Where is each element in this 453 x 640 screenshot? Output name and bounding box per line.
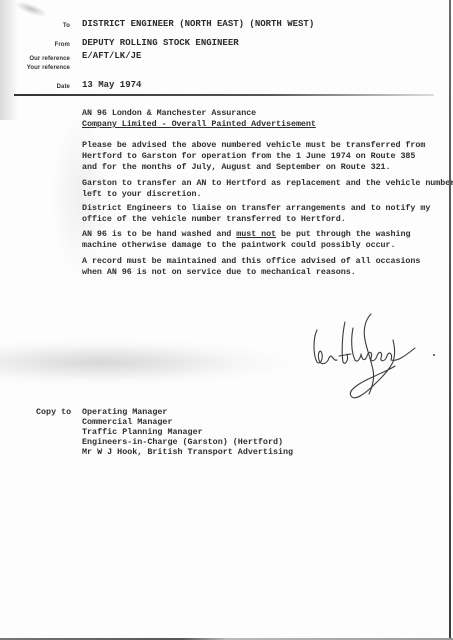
- emphasis-must-not: must not: [236, 229, 276, 239]
- paragraph-1-line-3: and for the months of July, August and S…: [82, 162, 391, 172]
- copy-recipient: Commercial Manager: [82, 417, 172, 427]
- to-label: To: [0, 23, 70, 29]
- header-divider: [14, 94, 434, 96]
- paragraph-4-text: AN 96 is to be hand washed and: [82, 229, 236, 239]
- paragraph-5-line-1: A record must be maintained and this off…: [82, 256, 420, 266]
- paragraph-2-line-2: left to your discretion.: [82, 189, 201, 199]
- our-reference-value: E/AFT/LK/JE: [82, 51, 141, 61]
- copy-recipient: Mr W J Hook, British Transport Advertisi…: [82, 447, 293, 457]
- paragraph-5-line-2: when AN 96 is not on service due to mech…: [82, 267, 356, 277]
- handwritten-signature-icon: [305, 310, 425, 415]
- copy-recipient: Engineers-in-Charge (Garston) (Hertford): [82, 437, 283, 447]
- paragraph-1-line-1: Please be advised the above numbered veh…: [82, 140, 425, 150]
- paragraph-3-line-2: office of the vehicle number transferred…: [82, 214, 346, 224]
- paragraph-4-line-2: machine otherwise damage to the paintwor…: [82, 240, 395, 250]
- to-value: DISTRICT ENGINEER (NORTH EAST) (NORTH WE…: [82, 19, 314, 29]
- paragraph-2-line-1: Garston to transfer an AN to Hertford as…: [82, 178, 453, 188]
- our-reference-label: Our reference: [0, 56, 70, 62]
- paragraph-1-line-2: Hertford to Garston for operation from t…: [82, 151, 415, 161]
- copy-to-label: Copy to: [36, 407, 71, 417]
- copy-recipient: Traffic Planning Manager: [82, 427, 203, 437]
- paragraph-4-line-1: AN 96 is to be hand washed and must not …: [82, 229, 410, 239]
- subject-line-2: Company Limited - Overall Painted Advert…: [82, 119, 316, 129]
- copy-recipient: Operating Manager: [82, 407, 167, 417]
- date-value: 13 May 1974: [82, 80, 141, 90]
- date-label: Date: [0, 84, 70, 90]
- scan-smudge: [0, 340, 290, 385]
- paragraph-3-line-1: District Engineers to liaise on transfer…: [82, 203, 430, 213]
- from-label: From: [0, 42, 70, 48]
- memo-page: To DISTRICT ENGINEER (NORTH EAST) (NORTH…: [0, 0, 453, 640]
- paragraph-4-text: be put through the washing: [276, 229, 410, 239]
- subject-line-1: AN 96 London & Manchester Assurance: [82, 108, 256, 118]
- from-value: DEPUTY ROLLING STOCK ENGINEER: [82, 38, 239, 48]
- page-edge-right: [449, 0, 451, 640]
- scan-smudge: [13, 0, 48, 20]
- your-reference-label: Your reference: [0, 65, 70, 71]
- scan-speck: [433, 354, 435, 356]
